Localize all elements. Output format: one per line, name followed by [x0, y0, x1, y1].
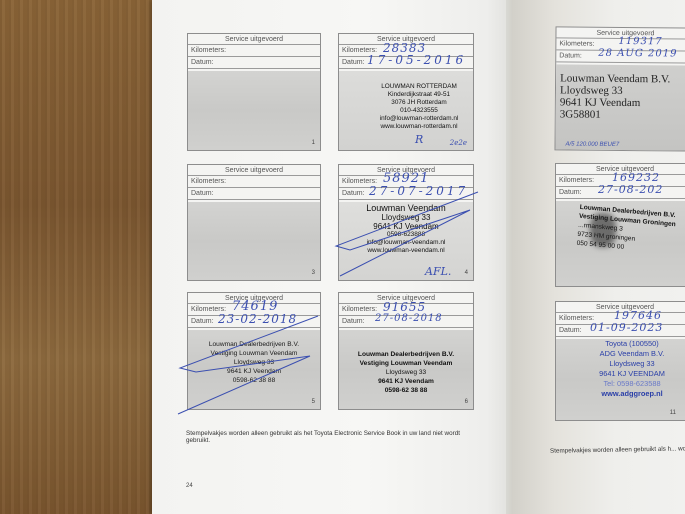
- service-box-2: Service uitgevoerd Kilometers: 28383 Dat…: [338, 33, 474, 151]
- km-row: Kilometers:: [188, 45, 320, 57]
- date-handwritten: 28 AUG 2019: [598, 48, 677, 61]
- box-number: 6: [465, 399, 468, 405]
- box-number: 3: [312, 270, 315, 276]
- box-header: Service uitgevoerd: [188, 34, 320, 45]
- date-handwritten: 27-07-2017: [369, 185, 468, 197]
- date-row: Datum:: [188, 188, 320, 200]
- stamp-area: Louwman Veendam Lloydsweg 33 9641 KJ Vee…: [339, 202, 473, 280]
- dealer-stamp: Louwman Dealerbedrijven B.V. Vestiging L…: [339, 350, 473, 395]
- stamp-area: [188, 71, 320, 150]
- stamp-area: Louwman Dealerbedrijven B.V. Vestiging L…: [188, 330, 320, 409]
- service-box-right-1: Service uitgevoerd Kilometers: 119317 Da…: [554, 26, 685, 151]
- stamp-area: Louwman Dealerbedrijven B.V. Vestiging L…: [556, 201, 685, 286]
- left-page-footnote: Stempelvakjes worden alleen gebruikt als…: [186, 430, 476, 444]
- date-handwritten: 23-02-2018: [218, 313, 297, 325]
- stamp-area: Toyota (100550) ADG Veendam B.V. Lloydsw…: [556, 339, 685, 420]
- date-row: Datum: 28 AUG 2019: [556, 50, 685, 63]
- km-handwritten: 91655: [383, 301, 426, 313]
- date-row: Datum: 27-08-2018: [339, 316, 473, 328]
- date-handwritten: 17-05-2016: [367, 54, 466, 66]
- date-row: Datum:: [188, 57, 320, 69]
- smudged-ink: [590, 213, 616, 247]
- box-header: Service uitgevoerd: [188, 165, 320, 176]
- dealer-stamp: Louwman Veendam B.V. Lloydsweg 33 9641 K…: [560, 72, 671, 121]
- service-box-3: Service uitgevoerd Kilometers: Datum: 3: [187, 164, 321, 281]
- date-handwritten: 27-08-202: [598, 184, 663, 196]
- signature-initials: AFL.: [425, 265, 451, 278]
- date-row: Datum: 01-09-2023: [556, 325, 685, 337]
- km-handwritten: 119317: [618, 36, 662, 48]
- box-number: 5: [312, 399, 315, 405]
- date-handwritten: 27-08-2018: [375, 313, 443, 325]
- service-box-4: Service uitgevoerd Kilometers: 58921 Dat…: [338, 164, 474, 281]
- dealer-stamp: LOUWMAN ROTTERDAM Kinderdijkstraat 49-51…: [365, 83, 473, 131]
- date-row: Datum: 27-07-2017: [339, 188, 473, 200]
- handwritten-note: 2e2e: [450, 139, 467, 147]
- dealer-stamp: Louwman Veendam Lloydsweg 33 9641 KJ Vee…: [339, 204, 473, 255]
- date-row: Datum: 23-02-2018: [188, 316, 320, 328]
- stamp-area: Louwman Dealerbedrijven B.V. Vestiging L…: [339, 330, 473, 409]
- stamp-area: Louwman Veendam B.V. Lloydsweg 33 9641 K…: [555, 64, 685, 150]
- box-number: 11: [670, 410, 676, 416]
- handwritten-note: A/5 120.000 BEUE7: [565, 141, 619, 147]
- dealer-stamp: Toyota (100550) ADG Veendam B.V. Lloydsw…: [570, 339, 685, 399]
- service-box-6: Service uitgevoerd Kilometers: 91655 Dat…: [338, 292, 474, 410]
- date-row: Datum: 27-08-202: [556, 187, 685, 199]
- box-number: 1: [312, 140, 315, 146]
- km-row: Kilometers:: [188, 176, 320, 188]
- signature-initials: R: [415, 133, 423, 146]
- page-number: 24: [186, 483, 193, 489]
- date-row: Datum: 17-05-2016: [339, 57, 473, 69]
- stamp-area: LOUWMAN ROTTERDAM Kinderdijkstraat 49-51…: [339, 71, 473, 150]
- service-box-right-2: Service uitgevoerd Kilometers: 169232 Da…: [555, 163, 685, 287]
- date-handwritten: 01-09-2023: [590, 322, 663, 334]
- service-box-5: Service uitgevoerd Kilometers: 74619 Dat…: [187, 292, 321, 410]
- dealer-stamp: Louwman Dealerbedrijven B.V. Vestiging L…: [188, 340, 320, 385]
- service-box-right-3: Service uitgevoerd Kilometers: 197646 Da…: [555, 301, 685, 421]
- service-box-1: Service uitgevoerd Kilometers: Datum: 1: [187, 33, 321, 151]
- box-number: 4: [465, 270, 468, 276]
- stamp-area: [188, 202, 320, 280]
